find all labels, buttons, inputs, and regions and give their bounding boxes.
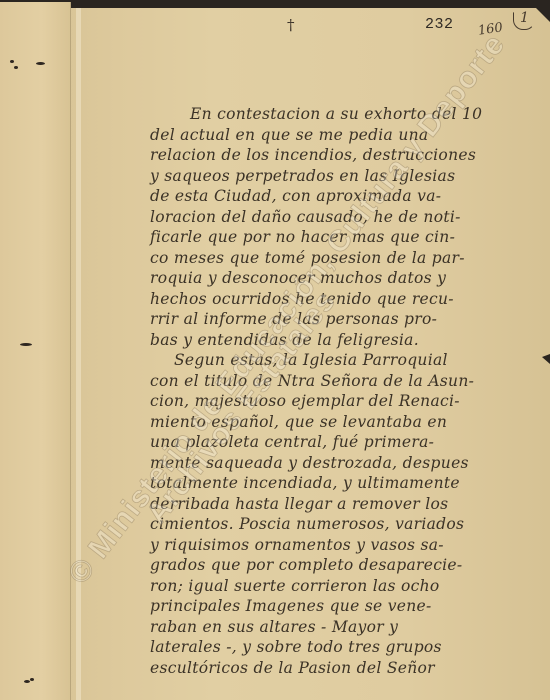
text-line: cimientos. Poscia numerosos, variados (150, 514, 520, 535)
text-line: cion, majestuoso ejemplar del Renaci- (150, 391, 520, 412)
text-line: derribada hasta llegar a remover los (150, 494, 520, 515)
text-line: mente saqueada y destrozada, despues (150, 453, 520, 474)
text-line: hechos ocurridos he tenido que recu- (150, 289, 520, 310)
text-line: miento español, que se levantaba en (150, 412, 520, 433)
text-line: una plazoleta central, fué primera- (150, 432, 520, 453)
text-line: En contestacion a su exhorto del 10 (150, 104, 520, 125)
text-line: del actual en que se me pedia una (150, 125, 520, 146)
text-line: loracion del daño causado, he de noti- (150, 207, 520, 228)
cross-symbol: † (287, 16, 295, 34)
binding-hole (36, 62, 45, 65)
text-line: roquia y desconocer muchos datos y (150, 268, 520, 289)
text-line: relacion de los incendios, destrucciones (150, 145, 520, 166)
text-line: grados que por completo desaparecie- (150, 555, 520, 576)
text-line: rrir al informe de las personas pro- (150, 309, 520, 330)
text-line: ron; igual suerte corrieron las ocho (150, 576, 520, 597)
text-line: escultóricos de la Pasion del Señor (150, 658, 520, 679)
text-line: co meses que tomé posesion de la par- (150, 248, 520, 269)
text-line: y saqueos perpetrados en las Iglesias (150, 166, 520, 187)
text-line: bas y entendidas de la feligresia. (150, 330, 520, 351)
binding-hole (20, 343, 32, 346)
page-stamp-number: 232 (425, 16, 454, 33)
folio-mark: 1 (520, 10, 529, 26)
text-line: principales Imagenes que se vene- (150, 596, 520, 617)
text-line: y riquisimos ornamentos y vasos sa- (150, 535, 520, 556)
binding-stub (0, 2, 71, 700)
binding-hole (14, 66, 18, 69)
letter-body: En contestacion a su exhorto del 10 del … (150, 104, 520, 678)
text-line: totalmente incendiada, y ultimamente (150, 473, 520, 494)
text-line: con el titulo de Ntra Señora de la Asun- (150, 371, 520, 392)
text-line: Segun estas, la Iglesia Parroquial (150, 350, 520, 371)
text-line: ficarle que por no hacer mas que cin- (150, 227, 520, 248)
binding-hole (30, 678, 34, 681)
binding-hole (24, 680, 30, 683)
text-line: laterales -, y sobre todo tres grupos (150, 637, 520, 658)
binding-hole (10, 60, 14, 63)
document-scan: † 232 160 1 En contestacion a su exhorto… (0, 0, 550, 700)
text-line: raban en sus altares - Mayor y (150, 617, 520, 638)
text-line: de esta Ciudad, con aproximada va- (150, 186, 520, 207)
